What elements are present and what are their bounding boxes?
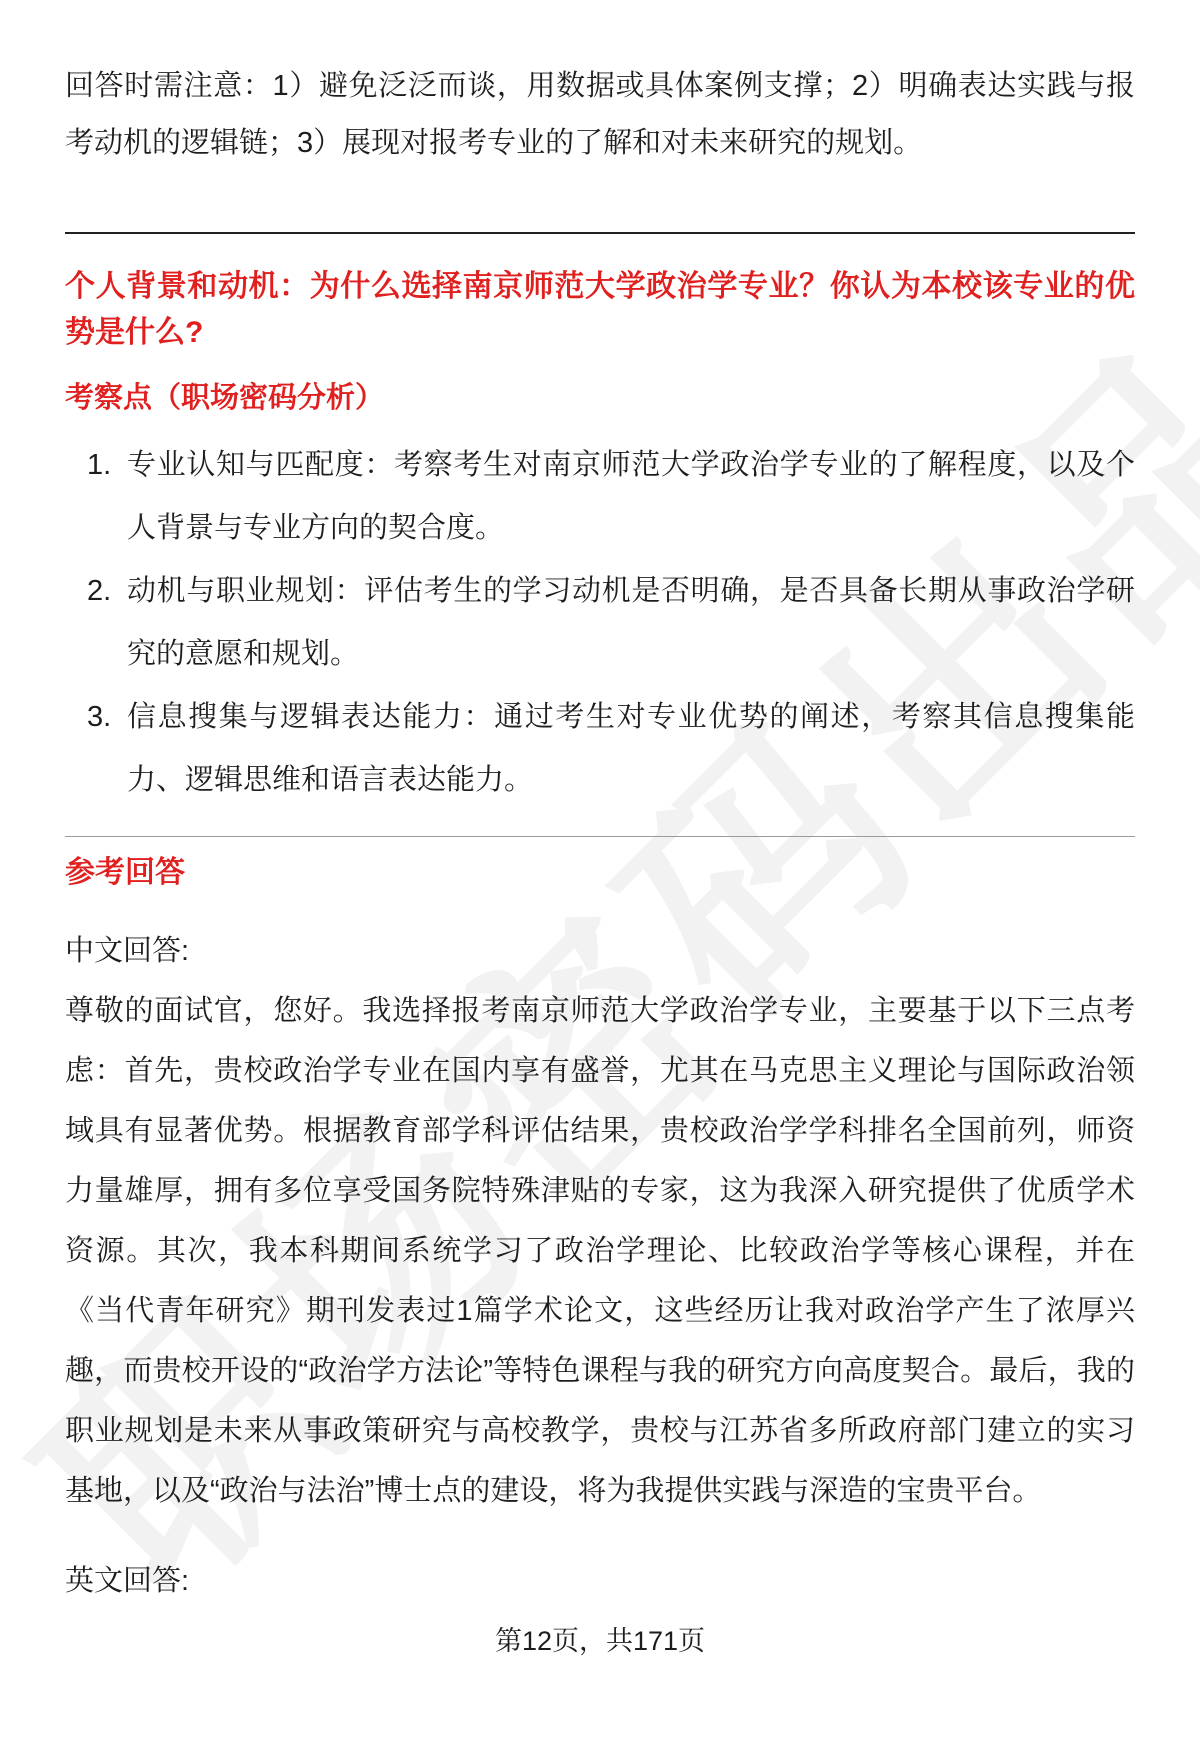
english-answer-label: 英文回答: (65, 1551, 1135, 1611)
list-item-text: 专业认知与匹配度：考察考生对南京师范大学政治学专业的了解程度，以及个人背景与专业… (127, 434, 1135, 560)
exam-points-list: 1. 专业认知与匹配度：考察考生对南京师范大学政治学专业的了解程度，以及个人背景… (65, 434, 1135, 812)
list-item: 2. 动机与职业规划：评估考生的学习动机是否明确，是否具备长期从事政治学研究的意… (65, 560, 1135, 686)
chinese-answer-paragraph: 尊敬的面试官，您好。我选择报考南京师范大学政治学专业，主要基于以下三点考虑：首先… (65, 981, 1135, 1521)
list-item-text: 信息搜集与逻辑表达能力：通过考生对专业优势的阐述，考察其信息搜集能力、逻辑思维和… (127, 686, 1135, 812)
list-item: 1. 专业认知与匹配度：考察考生对南京师范大学政治学专业的了解程度，以及个人背景… (65, 434, 1135, 560)
chinese-answer-label: 中文回答: (65, 921, 1135, 981)
page-number-footer: 第12页，共171页 (65, 1611, 1135, 1671)
list-item-number: 3. (87, 686, 127, 749)
list-item-number: 1. (87, 434, 127, 497)
page-content: 回答时需注意：1）避免泛泛而谈，用数据或具体案例支撑；2）明确表达实践与报考动机… (0, 0, 1200, 1671)
exam-points-heading: 考察点（职场密码分析） (65, 380, 1135, 416)
section-divider-top (65, 232, 1135, 234)
section-divider-answer (65, 836, 1135, 837)
list-item-text: 动机与职业规划：评估考生的学习动机是否明确，是否具备长期从事政治学研究的意愿和规… (127, 560, 1135, 686)
reference-answer-heading: 参考回答 (65, 853, 1135, 893)
answer-tips-paragraph: 回答时需注意：1）避免泛泛而谈，用数据或具体案例支撑；2）明确表达实践与报考动机… (65, 58, 1135, 172)
interview-question-heading: 个人背景和动机：为什么选择南京师范大学政治学专业？你认为本校该专业的优势是什么? (65, 264, 1135, 356)
list-item: 3. 信息搜集与逻辑表达能力：通过考生对专业优势的阐述，考察其信息搜集能力、逻辑… (65, 686, 1135, 812)
document-page: 职场密码出品 回答时需注意：1）避免泛泛而谈，用数据或具体案例支撑；2）明确表达… (0, 0, 1200, 1755)
list-item-number: 2. (87, 560, 127, 623)
